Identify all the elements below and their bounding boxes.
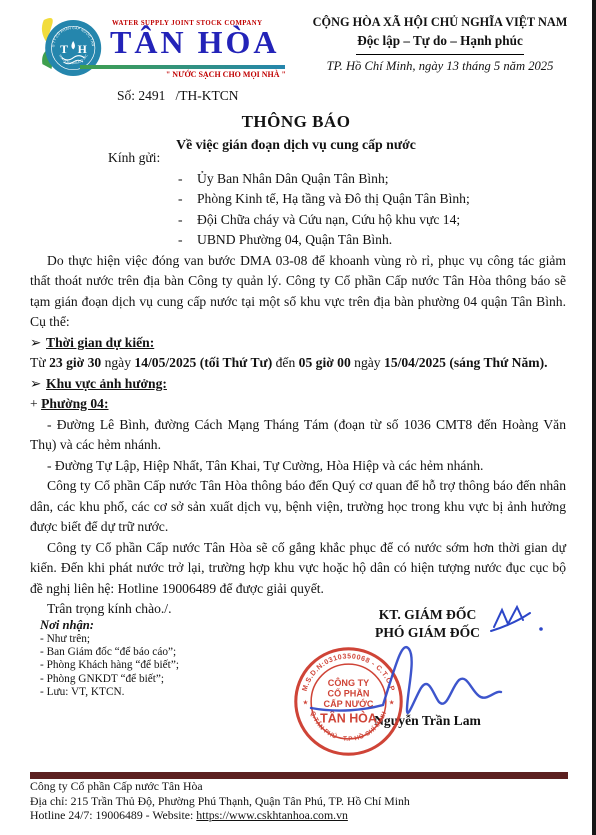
plus-bullet: + [30,396,38,411]
recipient-text: Phòng Kinh tế, Hạ tầng và Đô thị Quận Tâ… [197,189,470,210]
national-motto-line2: Độc lập – Tự do – Hạnh phúc [298,33,582,49]
schedule-to-word: đến [276,355,296,370]
signature-initial-mark [486,600,552,642]
intro-paragraph: Do thực hiện việc đóng van bước DMA 03-0… [30,251,566,333]
date-line: TP. Hồ Chí Minh, ngày 13 tháng 5 năm 202… [298,59,582,74]
scan-edge [592,0,596,835]
schedule-end-date: 15/04/2025 (sáng Thứ Năm). [384,355,548,370]
notice-paragraph: Công ty Cổ phần Cấp nước Tân Hòa thông b… [30,476,566,538]
section-time-heading: ➢Thời gian dự kiến: [30,333,566,354]
schedule-start-date: 14/05/2025 (tối Thứ Tư) [134,355,272,370]
ward-label: Phường 04: [41,396,108,411]
section-area-label: Khu vực ảnh hưởng: [46,376,167,391]
recipient-item: - UBND Phường 04, Quận Tân Bình. [178,230,566,251]
distribution-item: - Lưu: VT, KTCN. [40,686,179,699]
distribution-list: Nơi nhận: - Như trên; - Ban Giám đốc “để… [40,618,179,699]
national-header: CỘNG HÒA XÃ HỘI CHỦ NGHĨA VIỆT NAM Độc l… [298,15,582,74]
document-footer: Công ty Cổ phần Cấp nước Tân Hòa Địa chỉ… [30,772,568,823]
footer-hotline: Hotline 24/7: 19006489 - Website: https:… [30,808,568,823]
schedule-day-word: ngày [105,355,131,370]
list-dash: - [178,169,197,190]
recipient-item: - Ủy Ban Nhân Dân Quận Tân Bình; [178,169,566,190]
distribution-item: - Ban Giám đốc “để báo cáo”; [40,646,179,659]
logo-divider [80,65,285,69]
logo-slogan: " NƯỚC SẠCH CHO MỌI NHÀ " [110,70,286,79]
ward-heading: + Phường 04: [30,394,566,415]
national-motto-line1: CỘNG HÒA XÃ HỘI CHỦ NGHĨA VIỆT NAM [298,15,582,30]
schedule-line: Từ 23 giờ 30 ngày 14/05/2025 (tối Thứ Tư… [30,353,566,374]
schedule-from-word: Từ [30,355,46,370]
footer-website-link[interactable]: https://www.cskhtanhoa.com.vn [196,808,348,822]
list-dash: - [178,230,197,251]
list-dash: - [178,189,197,210]
emblem-letter-h: H [78,42,88,56]
footer-company: Công ty Cổ phần Cấp nước Tân Hòa [30,779,568,794]
document-page: CÔNG TY CỔ PHẦN CẤP NƯỚC TÂN HÒA TAN HOA… [0,0,596,835]
distribution-heading: Nơi nhận: [40,618,179,633]
schedule-start-time: 23 giờ 30 [49,355,101,370]
salutation: Kính gửi: [108,148,566,169]
schedule-day-word: ngày [354,355,380,370]
recipient-item: - Phòng Kinh tế, Hạ tầng và Đô thị Quận … [178,189,566,210]
recipient-item: - Đội Chữa cháy và Cứu nạn, Cứu hộ khu v… [178,210,566,231]
recipient-text: UBND Phường 04, Quận Tân Bình. [197,230,392,251]
handwritten-signature [303,632,513,727]
footer-hotline-text: Hotline 24/7: 19006489 - Website: [30,808,196,822]
recipient-text: Ủy Ban Nhân Dân Quận Tân Bình; [197,169,389,190]
hotline-paragraph: Công ty Cổ phần Cấp nước Tân Hòa sẽ cố g… [30,538,566,600]
distribution-item: - Như trên; [40,633,179,646]
document-body: Kính gửi: - Ủy Ban Nhân Dân Quận Tân Bìn… [30,148,566,620]
schedule-end-time: 05 giờ 00 [299,355,351,370]
arrow-bullet-icon: ➢ [30,333,46,354]
document-number: Số: 2491 /TH-KTCN [117,88,239,104]
distribution-item: - Phòng Khách hàng “để biết”; [40,659,179,672]
arrow-bullet-icon: ➢ [30,374,46,395]
street-item: - Đường Lê Bình, đường Cách Mạng Tháng T… [30,415,566,456]
street-item: - Đường Tự Lập, Hiệp Nhất, Tân Khai, Tự … [30,456,566,477]
distribution-item: - Phòng GNKDT “để biết”; [40,673,179,686]
recipient-text: Đội Chữa cháy và Cứu nạn, Cứu hộ khu vực… [197,210,460,231]
company-logo-emblem: CÔNG TY CỔ PHẦN CẤP NƯỚC TÂN HÒA TAN HOA… [34,13,104,83]
footer-address: Địa chỉ: 215 Trần Thủ Độ, Phường Phú Thạ… [30,794,568,809]
section-area-heading: ➢Khu vực ảnh hưởng: [30,374,566,395]
footer-divider-bar [30,772,568,779]
section-time-label: Thời gian dự kiến: [46,335,154,350]
list-dash: - [178,210,197,231]
logo-brand-name: TÂN HÒA [110,24,279,60]
emblem-letter-t: T [60,42,68,56]
motto-underline [356,54,524,55]
document-title: THÔNG BÁO [0,112,592,132]
